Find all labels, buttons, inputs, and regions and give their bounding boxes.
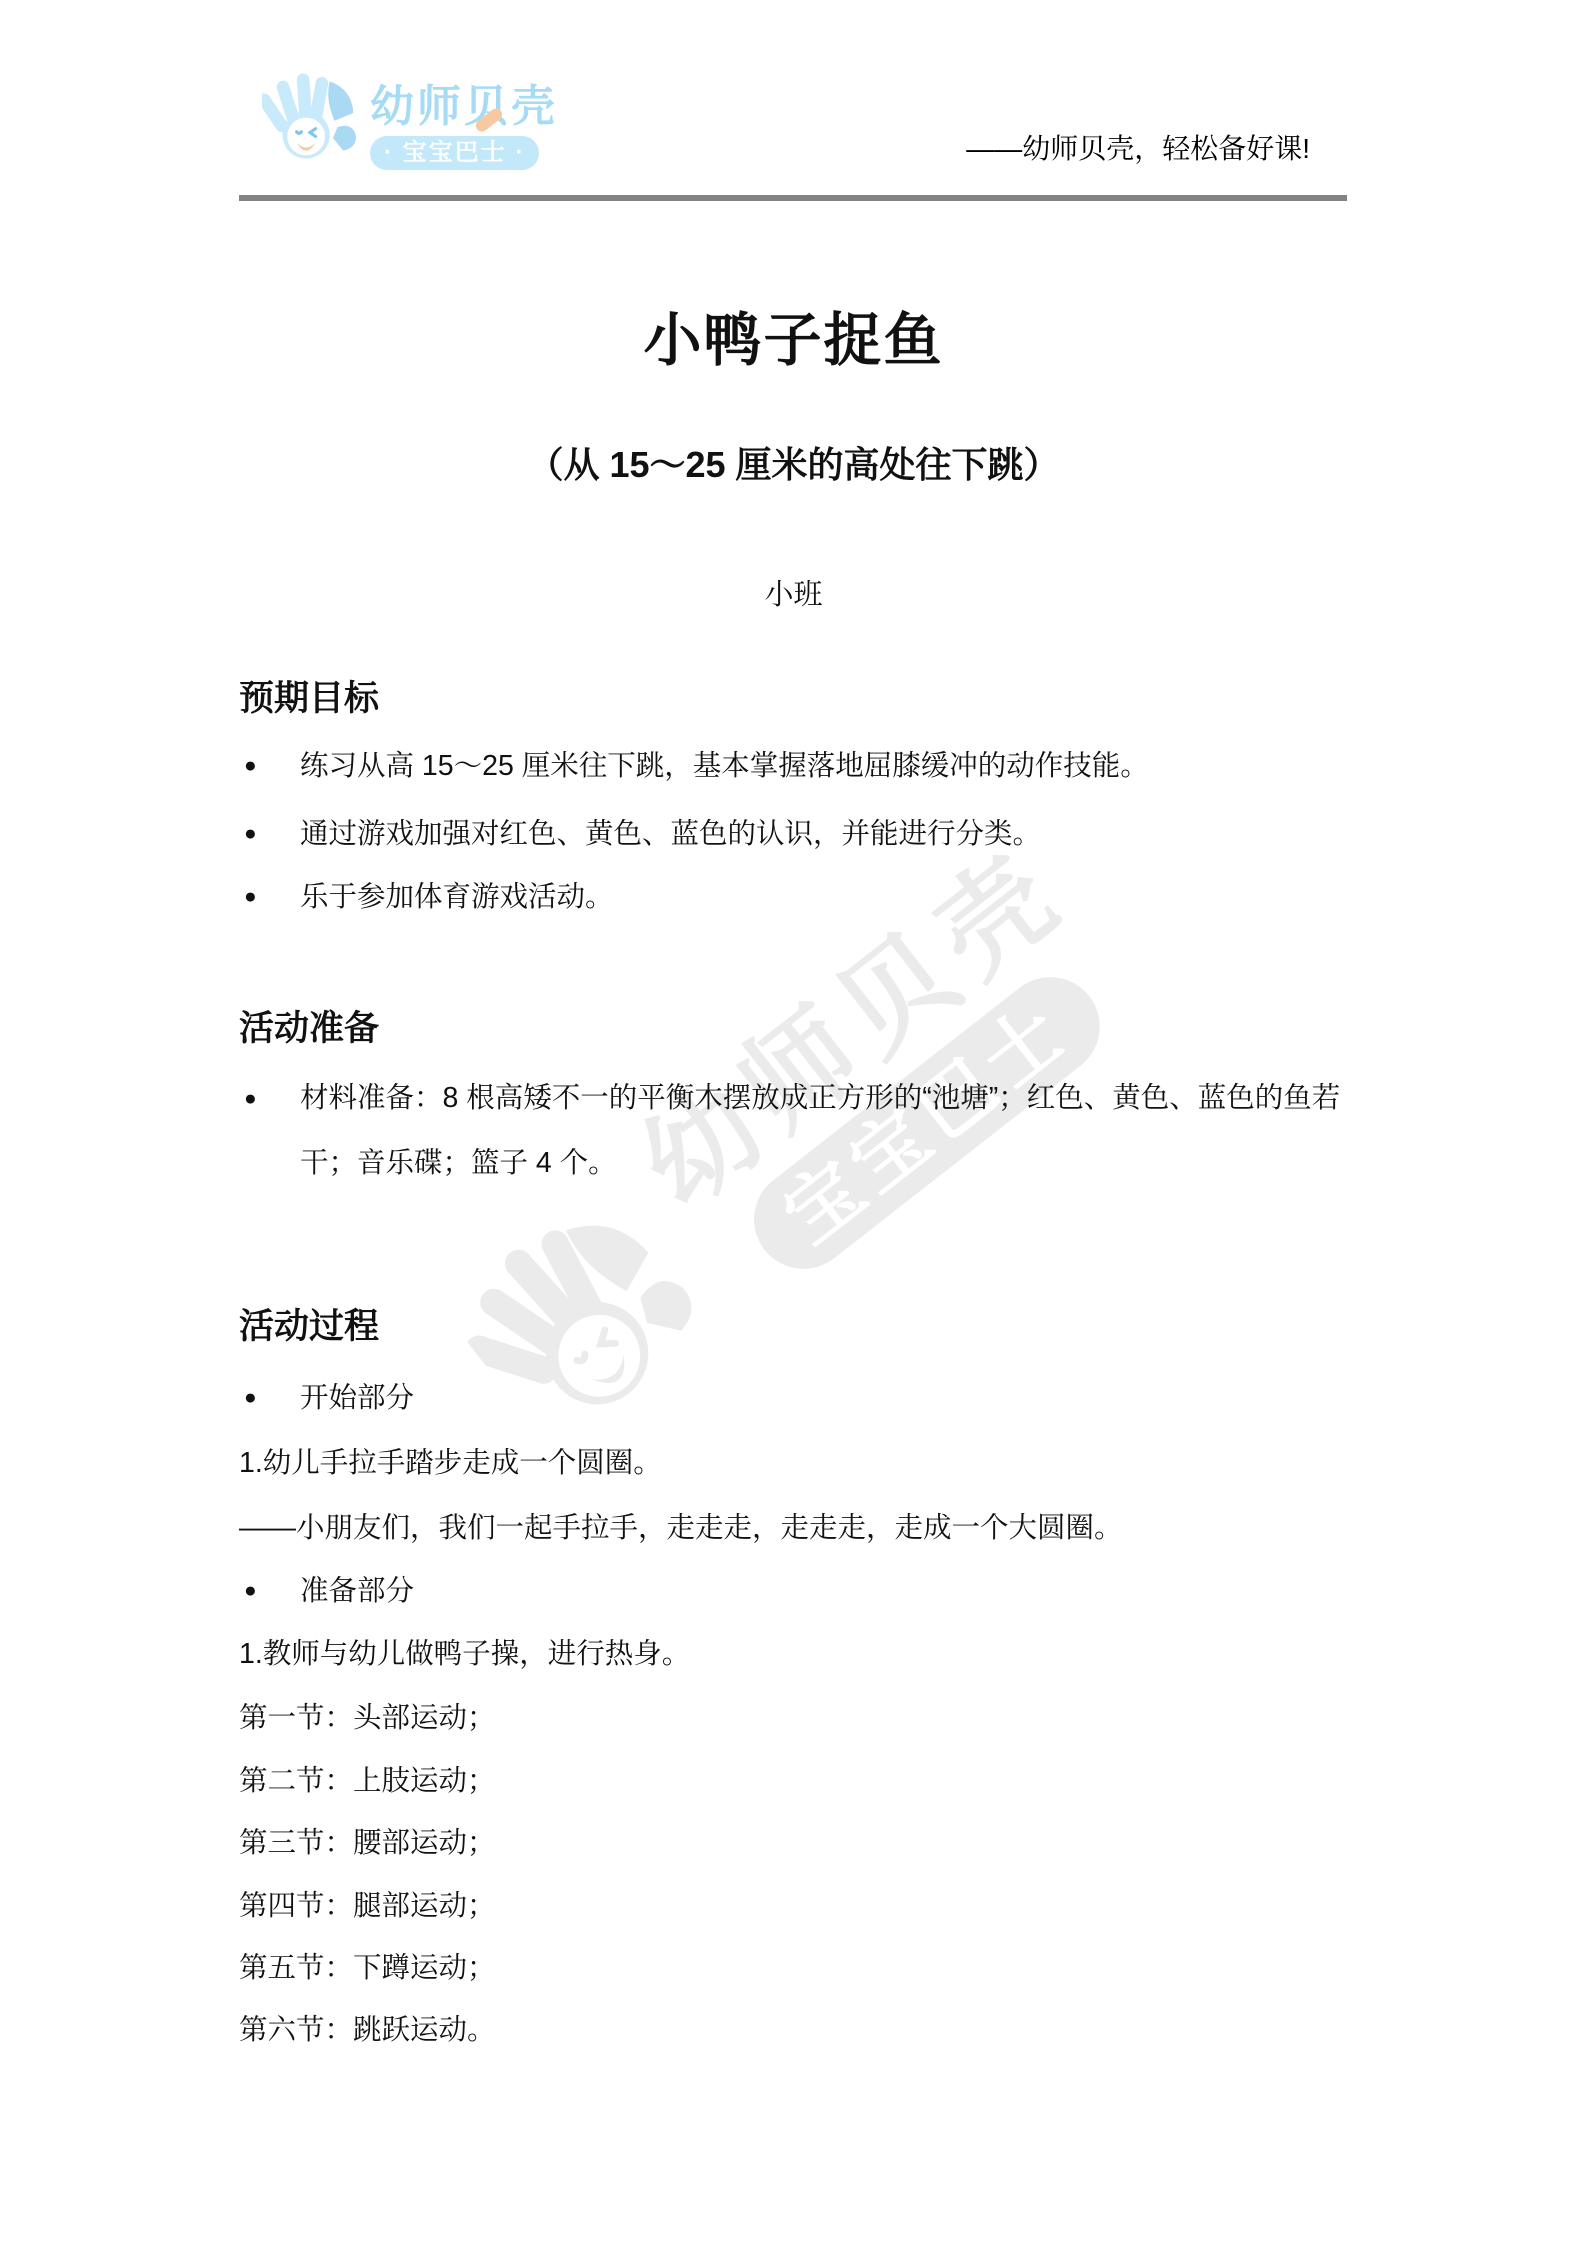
goal-text: 通过游戏加强对红色、黄色、蓝色的认识，并能进行分类。 [300, 814, 1041, 854]
process-paragraph: 第二节：上肢运动； [239, 1761, 496, 1801]
preparation-item: ● 材料准备：8 根高矮不一的平衡木摆放成正方形的“池塘”；红色、黄色、蓝色的鱼… [244, 1066, 1375, 1196]
brand-name: 幼师贝壳 [370, 84, 558, 130]
goal-item: ● 通过游戏加强对红色、黄色、蓝色的认识，并能进行分类。 [244, 814, 1041, 854]
process-paragraph: 第四节：腿部运动； [239, 1886, 496, 1926]
header-slogan: ——幼师贝壳，轻松备好课! [966, 131, 1310, 167]
bullet-icon: ● [244, 1571, 300, 1611]
brand-hand-icon [262, 70, 366, 162]
header-divider [239, 195, 1347, 201]
goal-item: ● 练习从高 15～25 厘米往下跳，基本掌握落地屈膝缓冲的动作技能。 [244, 746, 1149, 786]
bullet-icon: ● [244, 814, 300, 854]
process-paragraph: 第一节：头部运动； [239, 1698, 496, 1738]
doc-subtitle: （从 15～25 厘米的高处往下跳） [0, 441, 1587, 489]
goal-text: 乐于参加体育游戏活动。 [300, 877, 614, 917]
doc-title: 小鸭子捉鱼 [0, 308, 1587, 374]
process-paragraph: 第三节：腰部运动； [239, 1823, 496, 1863]
lesson-plan-page: 幼师贝壳 宝宝巴士 幼师贝壳 [0, 0, 1587, 2245]
bullet-icon: ● [244, 1378, 300, 1418]
preparation-text: 材料准备：8 根高矮不一的平衡木摆放成正方形的“池塘”；红色、黄色、蓝色的鱼若干… [300, 1066, 1375, 1196]
brand-badge: · 宝宝巴士 · [370, 136, 539, 170]
process-stage-label: 开始部分 [300, 1378, 414, 1418]
process-stage-label: 准备部分 [300, 1571, 414, 1611]
section-heading-goals: 预期目标 [239, 678, 379, 720]
section-heading-process: 活动过程 [239, 1306, 379, 1348]
goal-text: 练习从高 15～25 厘米往下跳，基本掌握落地屈膝缓冲的动作技能。 [300, 746, 1149, 786]
bullet-icon: ● [244, 877, 300, 917]
bullet-icon: ● [244, 1066, 300, 1131]
process-paragraph: 第五节：下蹲运动； [239, 1948, 496, 1988]
section-heading-preparation: 活动准备 [239, 1008, 379, 1050]
process-paragraph: ——小朋友们，我们一起手拉手，走走走，走走走，走成一个大圆圈。 [239, 1508, 1123, 1548]
process-stage: ● 准备部分 [244, 1571, 414, 1611]
process-paragraph: 第六节：跳跃运动。 [239, 2010, 496, 2050]
doc-grade: 小班 [0, 576, 1587, 614]
process-paragraph: 1.教师与幼儿做鸭子操，进行热身。 [239, 1634, 690, 1674]
bullet-icon: ● [244, 746, 300, 786]
brand-logo: 幼师贝壳 · 宝宝巴士 · [262, 70, 558, 170]
process-stage: ● 开始部分 [244, 1378, 414, 1418]
brand-hand-watermark-icon [436, 1163, 735, 1458]
goal-item: ● 乐于参加体育游戏活动。 [244, 877, 614, 917]
process-paragraph: 1.幼儿手拉手踏步走成一个圆圈。 [239, 1443, 662, 1483]
